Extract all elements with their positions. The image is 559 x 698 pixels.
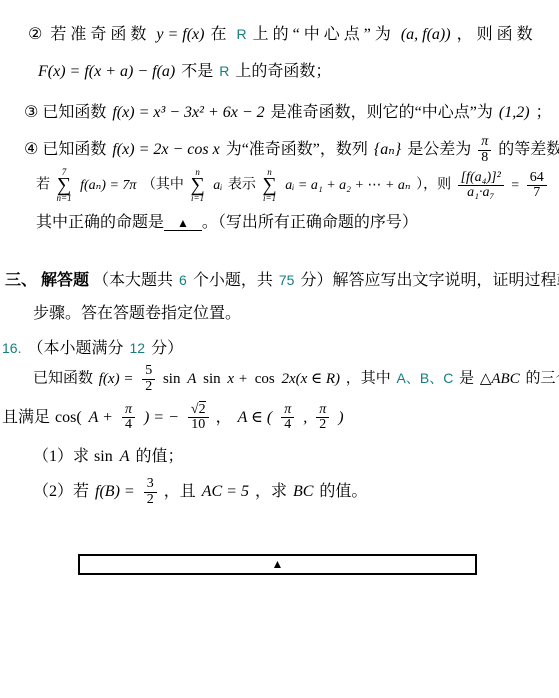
set-R-symbol: R xyxy=(234,26,248,42)
text-run: 是准奇函数，则它的“中心点”为 xyxy=(271,104,493,121)
fraction-pi-over-4: π 4 xyxy=(281,403,294,433)
fraction-3-over-2: 3 2 xyxy=(144,477,157,507)
text-run: 上的“中心点”为 xyxy=(253,26,395,43)
section-title: 解答题 xyxy=(41,272,89,289)
math-run: f(x) = 2x − cos x xyxy=(110,141,221,158)
summation: n ∑ i=1 xyxy=(190,168,204,203)
circled-3-bullet: ③ xyxy=(24,104,38,121)
text-run: ，则函数 xyxy=(457,26,537,43)
triangle-ABC: △ABC xyxy=(478,371,522,387)
text-run: 已知函数 xyxy=(42,141,106,158)
question-16-heading: 16. （本小题满分 12 分） xyxy=(0,339,559,359)
text-run: 为“准奇函数”，数列 xyxy=(226,141,368,158)
exam-page: ② 若准奇函数 y = f(x) 在 R 上的“中心点”为 (a, f(a)) … xyxy=(0,0,559,698)
answer-blank-line: 其中正确的命题是▲。（写出所有正确命题的序号） xyxy=(36,213,559,233)
math-run: f(x) = x³ − 3x² + 6x − 2 xyxy=(110,104,266,121)
math-run: f(x) = xyxy=(97,371,136,387)
math-run: aᵢ = a₁ + a₂ + ⋯ + aₙ xyxy=(283,178,412,193)
question-number: 16. xyxy=(0,340,23,356)
text-run: 。（写出所有正确命题的序号） xyxy=(202,214,418,231)
text-run: 的值； xyxy=(135,448,183,465)
text-run: 是公差为 xyxy=(407,141,471,158)
text-run: 已知函数 xyxy=(33,371,93,387)
question-16-function-line: 已知函数 f(x) = 5 2 sin A sin x + cos 2x(x ∈… xyxy=(33,364,559,394)
text-run: 已知函数 xyxy=(42,104,106,121)
summation: 7 ∑ n=1 xyxy=(57,168,72,203)
statement-4-line-1: ④ 已知函数 f(x) = 2x − cos x 为“准奇函数”，数列 {aₙ}… xyxy=(24,135,559,165)
radicand: 2 xyxy=(199,401,206,417)
set-R-symbol: R xyxy=(217,63,231,79)
math-run: A xyxy=(118,448,132,465)
fraction-sqrt2-over-10: √2 10 xyxy=(188,403,209,433)
text-run: 是 xyxy=(459,371,474,387)
math-run: F(x) = f(x + a) − f(a) xyxy=(36,63,177,80)
text-run: 且满足 xyxy=(2,409,50,426)
math-run: {aₙ} xyxy=(372,141,403,158)
question-16-condition-line: 且满足 cos( A + π 4 ) = − √2 10 ， A ∈ ( π 4… xyxy=(2,403,559,433)
answer-box: ▲ xyxy=(78,554,477,575)
text-run: 上的奇函数； xyxy=(235,63,331,80)
cos-function: cos xyxy=(254,371,276,387)
statement-2-line-2: F(x) = f(x + a) − f(a) 不是 R 上的奇函数； xyxy=(36,62,559,82)
text-run: （2）若 xyxy=(33,483,89,500)
question-16-part-1: （1）求 sin A 的值； xyxy=(33,447,559,467)
text-run: ，其中 xyxy=(346,371,391,387)
question-points: 12 xyxy=(127,340,147,356)
fraction-64-over-7: 64 7 xyxy=(527,171,547,201)
math-run: y = f(x) xyxy=(154,26,206,43)
fraction-5-over-2: 5 2 xyxy=(142,364,155,394)
sin-function: sin xyxy=(162,371,182,387)
text-run: （本小题满分 xyxy=(27,340,123,357)
math-run: BC xyxy=(291,483,315,500)
summation: n ∑ i=1 xyxy=(262,168,276,203)
question-16-part-2: （2）若 f(B) = 3 2 ，且 AC = 5 ，求 BC 的值。 xyxy=(33,477,559,507)
text-run: 不是 xyxy=(181,63,213,80)
text-run: ，求 xyxy=(255,483,287,500)
text-run: 若 xyxy=(36,178,50,193)
sin-function: sin xyxy=(202,371,222,387)
fraction-f-a4-squared: [f(a₄)]² a₁·a₇ xyxy=(458,171,504,201)
text-run: ， xyxy=(216,409,232,426)
equals-sign: = xyxy=(510,178,520,193)
math-run: ) xyxy=(336,409,345,426)
math-run: f(B) = xyxy=(93,483,137,500)
statement-4-line-2: 若 7 ∑ n=1 f(aₙ) = 7π （其中 n ∑ i=1 aᵢ 表示 n… xyxy=(36,168,559,203)
cos-function: cos( xyxy=(54,409,83,426)
math-run: f(aₙ) = 7π xyxy=(78,178,138,193)
circled-4-bullet: ④ xyxy=(24,141,38,158)
text-run: 若准奇函数 xyxy=(50,26,150,43)
math-run: 2x(x ∈ R) xyxy=(279,371,342,387)
text-run: 的等差数列， xyxy=(498,141,559,158)
angle-labels: A、B、C xyxy=(395,370,456,386)
count-questions: 6 xyxy=(177,272,189,288)
text-run: ； xyxy=(536,104,552,121)
text-run: 在 xyxy=(210,26,230,43)
statement-3: ③ 已知函数 f(x) = x³ − 3x² + 6x − 2 是准奇函数，则它… xyxy=(24,103,559,123)
math-run: (1,2) xyxy=(497,104,532,121)
math-run: x + xyxy=(225,371,250,387)
text-run: 的值。 xyxy=(319,483,367,500)
text-run: 分）解答应写出文字说明，证明过程或推演 xyxy=(300,272,559,289)
answer-mark: ▲ xyxy=(272,557,284,571)
text-run: （1）求 xyxy=(33,448,89,465)
section-number: 三、 xyxy=(5,272,37,289)
text-run: （其中 xyxy=(142,178,184,193)
text-run: 分） xyxy=(151,340,183,357)
math-run: AC = 5 xyxy=(200,483,251,500)
text-run: （本大题共 xyxy=(93,272,173,289)
math-run: ) = − xyxy=(142,409,181,426)
math-run: (a, f(a)) xyxy=(399,26,453,43)
math-run: aᵢ xyxy=(211,178,224,193)
math-run: A + xyxy=(87,409,115,426)
section-3-header: 三、 解答题 （本大题共 6 个小题，共 75 分）解答应写出文字说明，证明过程… xyxy=(5,271,559,291)
math-run: A ∈ ( xyxy=(236,409,275,426)
answer-blank-underline: ▲ xyxy=(164,216,202,231)
fraction-pi-over-4: π 4 xyxy=(122,403,135,433)
circled-2-bullet: ② xyxy=(28,26,46,43)
fraction-pi-over-8: π 8 xyxy=(478,135,491,165)
statement-2-line-1: ② 若准奇函数 y = f(x) 在 R 上的“中心点”为 (a, f(a)) … xyxy=(28,25,559,45)
text-run: 表示 xyxy=(228,178,256,193)
fraction-pi-over-2: π 2 xyxy=(316,403,329,433)
math-run: A xyxy=(185,371,198,387)
text-run: 的三个内角， xyxy=(525,371,559,387)
text-run: 其中正确的命题是 xyxy=(36,214,164,231)
text-run: 个小题，共 xyxy=(193,272,273,289)
text-run: ，且 xyxy=(164,483,196,500)
sin-function: sin xyxy=(93,448,114,465)
text-run: 步骤。答在答题卷指定位置。 xyxy=(33,305,241,322)
text-run: ），则 xyxy=(416,178,451,193)
total-points: 75 xyxy=(277,272,297,288)
comma-separator: , xyxy=(301,409,309,426)
section-3-header-continued: 步骤。答在答题卷指定位置。 xyxy=(33,304,559,324)
radical-sign: √ xyxy=(191,402,199,417)
